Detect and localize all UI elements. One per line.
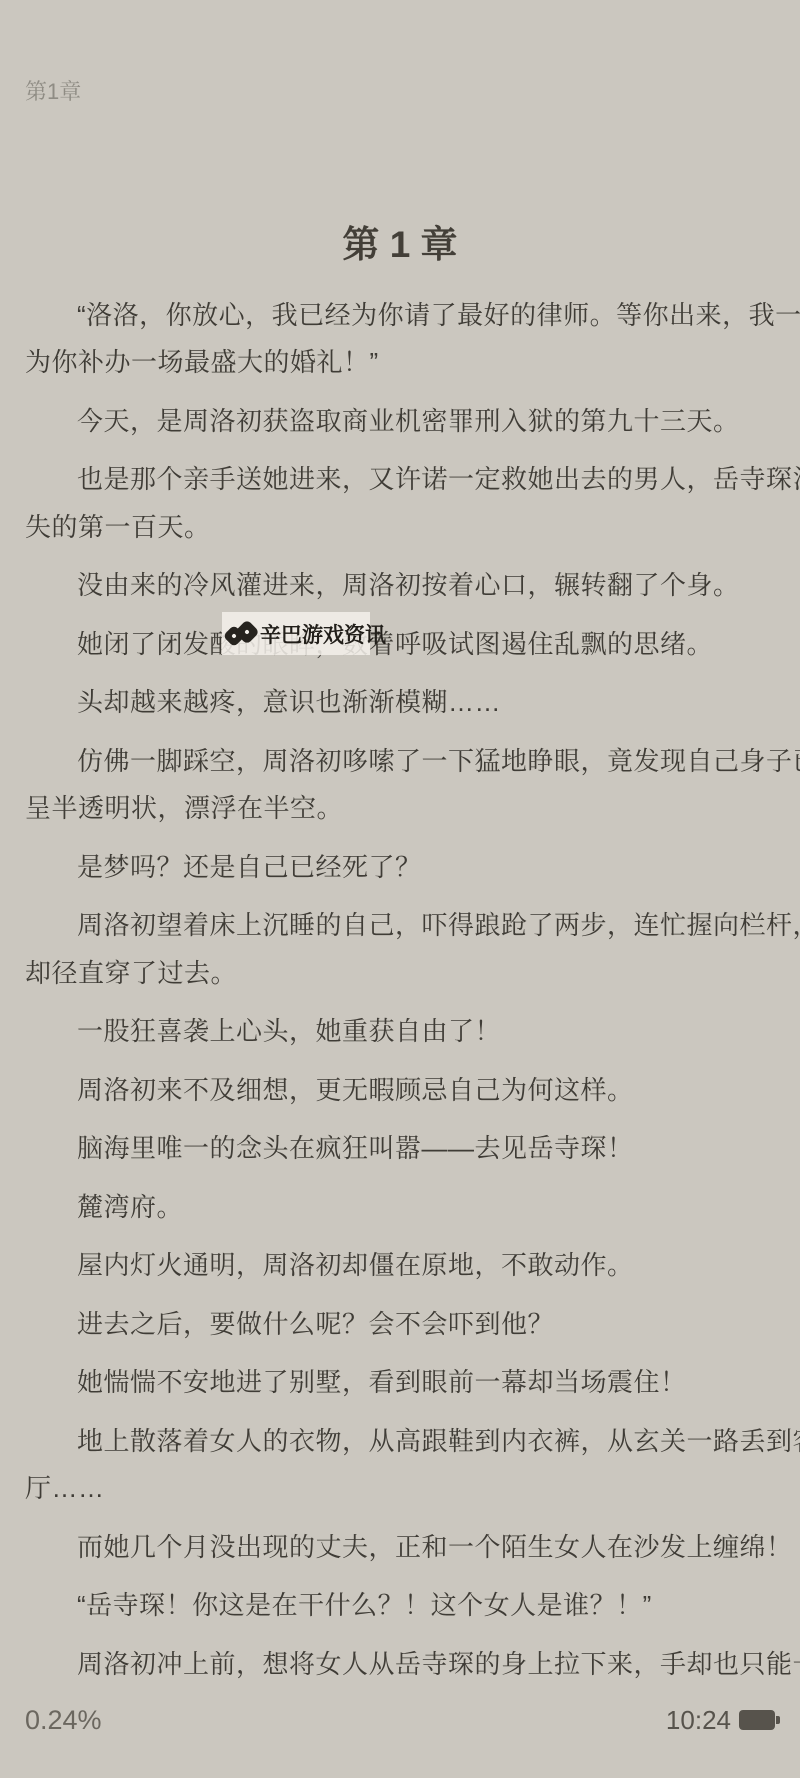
- paragraph: 地上散落着女人的衣物，从高跟鞋到内衣裤，从玄关一路丢到客厅……: [25, 1418, 775, 1513]
- paragraph-line: 仿佛一脚踩空，周洛初哆嗦了一下猛地睁眼，竟发现自己身子已: [25, 738, 775, 786]
- paragraph: 进去之后，要做什么呢？会不会吓到他？: [25, 1301, 775, 1349]
- watermark-label: 辛巴游戏资讯: [260, 619, 386, 649]
- paragraph: 而她几个月没出现的丈夫，正和一个陌生女人在沙发上缠绵！: [25, 1524, 775, 1572]
- paragraph-line: 脑海里唯一的念头在疯狂叫嚣——去见岳寺琛！: [25, 1125, 775, 1173]
- reading-progress: 0.24%: [25, 1705, 102, 1736]
- paragraph-line: 她闭了闭发酸的眼眸，数着呼吸试图遏住乱飘的思绪。: [25, 621, 775, 669]
- paragraph-line: 却径直穿了过去。: [25, 950, 775, 998]
- paragraph-line: 头却越来越疼，意识也渐渐模糊……: [25, 679, 775, 727]
- paragraph-line: 今天，是周洛初获盗取商业机密罪刑入狱的第九十三天。: [25, 398, 775, 446]
- paragraph: 今天，是周洛初获盗取商业机密罪刑入狱的第九十三天。: [25, 398, 775, 446]
- status-bar: 0.24% 10:24: [25, 1702, 775, 1738]
- paragraph-line: 她惴惴不安地进了别墅，看到眼前一幕却当场震住！: [25, 1359, 775, 1407]
- paragraph: “洛洛，你放心，我已经为你请了最好的律师。等你出来，我一定为你补办一场最盛大的婚…: [25, 292, 775, 387]
- paragraph-line: 没由来的冷风灌进来，周洛初按着心口，辗转翻了个身。: [25, 562, 775, 610]
- chapter-title: 第 1 章: [0, 222, 800, 267]
- paragraph: 她闭了闭发酸的眼眸，数着呼吸试图遏住乱飘的思绪。: [25, 621, 775, 669]
- reader-content[interactable]: “洛洛，你放心，我已经为你请了最好的律师。等你出来，我一定为你补办一场最盛大的婚…: [0, 292, 800, 1689]
- paragraph: 是梦吗？还是自己已经死了？: [25, 844, 775, 892]
- paragraph: 没由来的冷风灌进来，周洛初按着心口，辗转翻了个身。: [25, 562, 775, 610]
- paragraph-line: 为你补办一场最盛大的婚礼！”: [25, 339, 775, 387]
- paragraph: 周洛初来不及细想，更无暇顾忌自己为何这样。: [25, 1067, 775, 1115]
- paragraph-line: 也是那个亲手送她进来，又许诺一定救她出去的男人，岳寺琛消: [25, 456, 775, 504]
- watermark-badge: 辛巴游戏资讯: [222, 612, 370, 655]
- paragraph-line: 周洛初望着床上沉睡的自己，吓得踉跄了两步，连忙握向栏杆，: [25, 902, 775, 950]
- paragraph-line: 而她几个月没出现的丈夫，正和一个陌生女人在沙发上缠绵！: [25, 1524, 775, 1572]
- paragraph: 仿佛一脚踩空，周洛初哆嗦了一下猛地睁眼，竟发现自己身子已呈半透明状，漂浮在半空。: [25, 738, 775, 833]
- paragraph: 周洛初冲上前，想将女人从岳寺琛的身上拉下来，手却也只能一: [25, 1641, 775, 1689]
- paragraph: 一股狂喜袭上心头，她重获自由了！: [25, 1008, 775, 1056]
- paragraph: 周洛初望着床上沉睡的自己，吓得踉跄了两步，连忙握向栏杆，却径直穿了过去。: [25, 902, 775, 997]
- dice-heart-logo-icon: [224, 618, 260, 650]
- clock-time: 10:24: [666, 1705, 731, 1736]
- paragraph: 屋内灯火通明，周洛初却僵在原地，不敢动作。: [25, 1242, 775, 1290]
- paragraph: “岳寺琛！你这是在干什么？！这个女人是谁？！”: [25, 1582, 775, 1630]
- paragraphs: “洛洛，你放心，我已经为你请了最好的律师。等你出来，我一定为你补办一场最盛大的婚…: [25, 292, 775, 1689]
- paragraph-line: 屋内灯火通明，周洛初却僵在原地，不敢动作。: [25, 1242, 775, 1290]
- paragraph: 脑海里唯一的念头在疯狂叫嚣——去见岳寺琛！: [25, 1125, 775, 1173]
- paragraph-line: 进去之后，要做什么呢？会不会吓到他？: [25, 1301, 775, 1349]
- paragraph-line: 周洛初冲上前，想将女人从岳寺琛的身上拉下来，手却也只能一: [25, 1641, 775, 1689]
- paragraph-line: 地上散落着女人的衣物，从高跟鞋到内衣裤，从玄关一路丢到客: [25, 1418, 775, 1466]
- paragraph-line: 厅……: [25, 1465, 775, 1513]
- paragraph: 头却越来越疼，意识也渐渐模糊……: [25, 679, 775, 727]
- paragraph-line: “岳寺琛！你这是在干什么？！这个女人是谁？！”: [25, 1582, 775, 1630]
- paragraph-line: “洛洛，你放心，我已经为你请了最好的律师。等你出来，我一定: [25, 292, 775, 340]
- paragraph-line: 呈半透明状，漂浮在半空。: [25, 785, 775, 833]
- paragraph: 也是那个亲手送她进来，又许诺一定救她出去的男人，岳寺琛消失的第一百天。: [25, 456, 775, 551]
- paragraph-line: 周洛初来不及细想，更无暇顾忌自己为何这样。: [25, 1067, 775, 1115]
- paragraph-line: 是梦吗？还是自己已经死了？: [25, 844, 775, 892]
- paragraph-line: 失的第一百天。: [25, 504, 775, 552]
- paragraph-line: 麓湾府。: [25, 1184, 775, 1232]
- paragraph-line: 一股狂喜袭上心头，她重获自由了！: [25, 1008, 775, 1056]
- battery-full-icon: [739, 1710, 775, 1730]
- paragraph: 她惴惴不安地进了别墅，看到眼前一幕却当场震住！: [25, 1359, 775, 1407]
- chapter-breadcrumb: 第1章: [25, 77, 775, 107]
- reader-page[interactable]: { "page": { "background_color": "#cbc7bf…: [0, 0, 800, 1778]
- paragraph: 麓湾府。: [25, 1184, 775, 1232]
